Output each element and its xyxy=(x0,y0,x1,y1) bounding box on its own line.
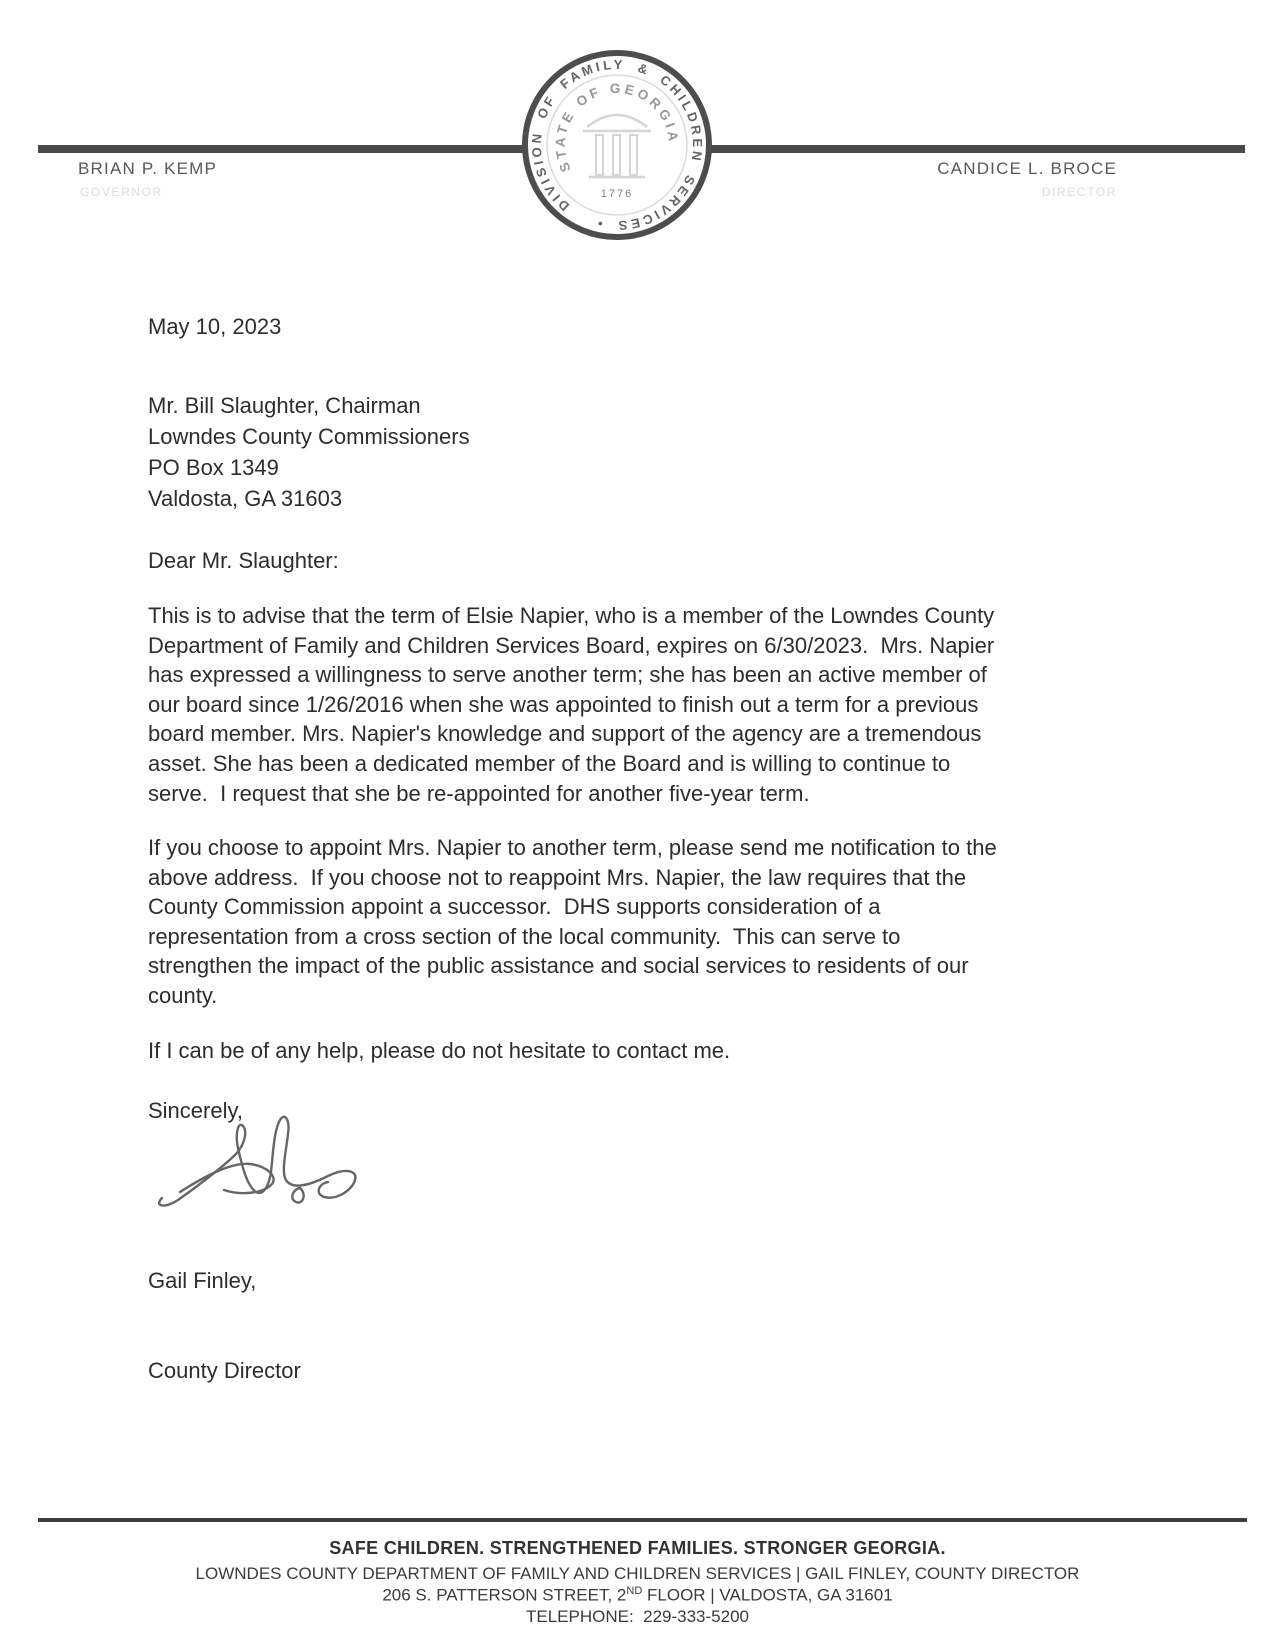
footer-department-line: LOWNDES COUNTY DEPARTMENT OF FAMILY AND … xyxy=(0,1564,1275,1584)
salutation: Dear Mr. Slaughter: xyxy=(148,546,1088,576)
scanned-letter-page: DIVISION OF FAMILY & CHILDREN SERVICES •… xyxy=(0,0,1275,1651)
director-title: DIRECTOR xyxy=(1042,185,1117,199)
footer-street-suffix: FLOOR | VALDOSTA, GA 31601 xyxy=(642,1586,892,1605)
signature-scribble xyxy=(150,1114,365,1219)
footer-street-line: 206 S. PATTERSON STREET, 2ND FLOOR | VAL… xyxy=(0,1585,1275,1606)
body-paragraph-2: If you choose to appoint Mrs. Napier to … xyxy=(148,833,1088,1011)
footer-rule xyxy=(38,1518,1247,1522)
director-name: CANDICE L. BROCE xyxy=(937,159,1117,179)
body-paragraph-1: This is to advise that the term of Elsie… xyxy=(148,601,1088,808)
signer-block: Gail Finley, County Director xyxy=(148,1206,1088,1446)
recipient-address: Mr. Bill Slaughter, Chairman Lowndes Cou… xyxy=(148,390,1088,514)
footer-street-prefix: 206 S. PATTERSON STREET, 2 xyxy=(382,1586,626,1605)
letter-date: May 10, 2023 xyxy=(148,312,1088,342)
state-seal-graphic: DIVISION OF FAMILY & CHILDREN SERVICES •… xyxy=(517,45,717,245)
state-seal: DIVISION OF FAMILY & CHILDREN SERVICES •… xyxy=(517,45,717,245)
footer-street-ordinal: ND xyxy=(626,1585,642,1597)
signature-image xyxy=(150,1114,365,1219)
governor-title: GOVERNOR xyxy=(80,185,163,199)
body-paragraph-3: If I can be of any help, please do not h… xyxy=(148,1036,1088,1066)
seal-year: 1776 xyxy=(601,188,633,200)
seal-outer-ring xyxy=(525,53,709,237)
footer-tagline: SAFE CHILDREN. STRENGTHENED FAMILIES. ST… xyxy=(0,1538,1275,1559)
signer-title: County Director xyxy=(148,1356,1088,1386)
footer-telephone: TELEPHONE: 229-333-5200 xyxy=(0,1607,1275,1627)
governor-name: BRIAN P. KEMP xyxy=(78,159,217,179)
signer-name: Gail Finley, xyxy=(148,1266,1088,1296)
